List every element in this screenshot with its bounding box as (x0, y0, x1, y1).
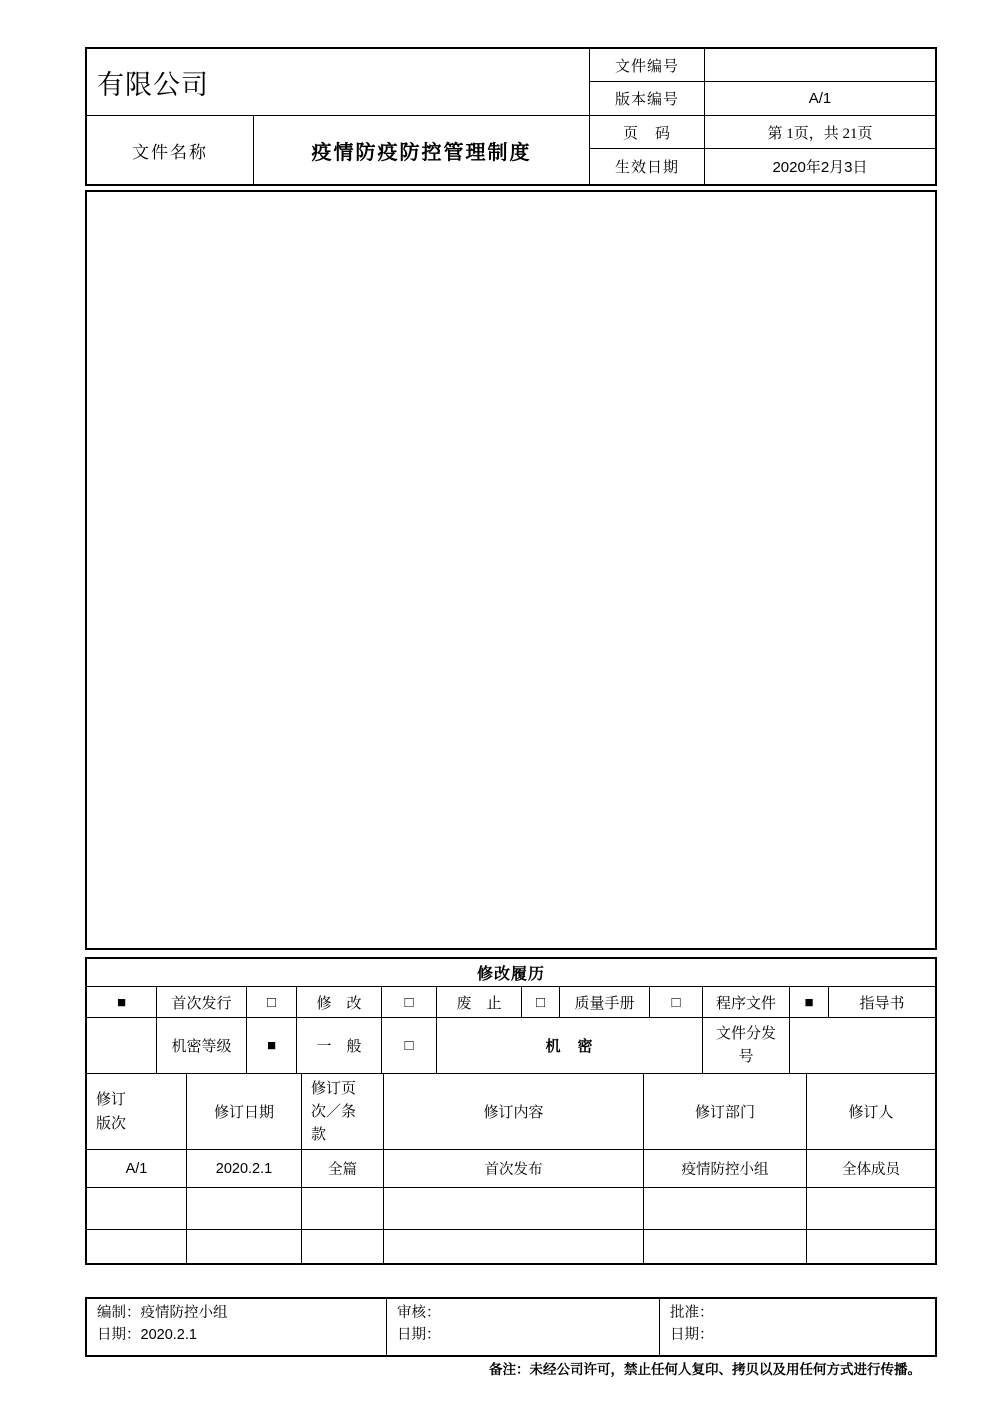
revision-department-header: 修订部门 (644, 1074, 807, 1149)
checkbox-quality-manual: □ (522, 987, 560, 1017)
checkbox-secret: □ (382, 1018, 437, 1073)
reviewed-date-label: 日期： (397, 1327, 441, 1343)
empty-content-area (85, 190, 937, 950)
reviewed-by-cell: 审核： 日期： (387, 1299, 660, 1355)
prepared-by-cell: 编制：疫情防控小组 日期：2020.2.1 (87, 1299, 387, 1355)
effective-date-label: 生效日期 (590, 149, 705, 184)
revision-date: 2020.2.1 (187, 1150, 302, 1187)
general-label: 一 般 (297, 1018, 382, 1073)
history-title: 修改履历 (87, 959, 935, 987)
quality-manual-label: 质量手册 (560, 987, 650, 1017)
company-name: 有限公司 (87, 49, 590, 116)
copyright-note: 备注：未经公司许可，禁止任何人复印、拷贝以及用任何方式进行传播。 (85, 1358, 937, 1378)
prepared-date-label: 日期： (97, 1327, 141, 1343)
revision-empty-row (87, 1230, 935, 1263)
page-number-label: 页 码 (590, 116, 705, 149)
empty-cell (807, 1188, 935, 1229)
revision-row: A/1 2020.2.1 全篇 首次发布 疫情防控小组 全体成员 (87, 1150, 935, 1188)
distribution-number-value (790, 1018, 935, 1073)
doc-name-value: 疫情防疫防控管理制度 (254, 116, 590, 184)
revision-scope: 全篇 (302, 1150, 384, 1187)
empty-cell (302, 1188, 384, 1229)
empty-cell (644, 1230, 807, 1263)
version-number-value: A/1 (705, 82, 935, 116)
prepared-by-label: 编制： (97, 1305, 141, 1321)
prepared-date-value: 2020.2.1 (141, 1327, 197, 1343)
empty-cell (384, 1230, 644, 1263)
empty-cell (807, 1230, 935, 1263)
checkbox-procedure-doc: □ (650, 987, 703, 1017)
reviewed-by-label: 审核： (397, 1305, 441, 1321)
approved-by-cell: 批准： 日期： (660, 1299, 935, 1355)
abolish-label: 废 止 (437, 987, 522, 1017)
doc-name-label: 文件名称 (87, 116, 254, 184)
checkbox-modify: □ (247, 987, 297, 1017)
modify-label: 修 改 (297, 987, 382, 1017)
empty-cell (87, 1230, 187, 1263)
distribution-number-label: 文件分发 号 (703, 1018, 790, 1073)
empty-cell (384, 1188, 644, 1229)
security-spacer-cell (87, 1018, 157, 1073)
approved-by-label: 批准： (670, 1305, 714, 1321)
empty-cell (87, 1188, 187, 1229)
document-header-table: 有限公司 文件编号 版本编号 A/1 文件名称 疫情防疫防控管理制度 页 码 第… (85, 47, 937, 186)
version-number-label: 版本编号 (590, 82, 705, 116)
prepared-by-value: 疫情防控小组 (141, 1305, 228, 1321)
checkbox-first-issue: ■ (87, 987, 157, 1017)
doc-number-value (705, 49, 935, 82)
doc-number-label: 文件编号 (590, 49, 705, 82)
modification-history-table: 修改履历 ■ 首次发行 □ 修 改 □ 废 止 □ 质量手册 □ 程序文件 ■ … (85, 957, 937, 1265)
first-issue-label: 首次发行 (157, 987, 247, 1017)
revision-content: 首次发布 (384, 1150, 644, 1187)
document-page: { "header": { "company": "有限公司", "doc_na… (0, 0, 1000, 1415)
secret-label: 机 密 (437, 1018, 703, 1073)
revision-person-header: 修订人 (807, 1074, 935, 1149)
security-level-label: 机密等级 (157, 1018, 247, 1073)
checkbox-general: ■ (247, 1018, 297, 1073)
checkbox-instruction-book: ■ (790, 987, 829, 1017)
revision-version-header: 修订 版次 (87, 1074, 187, 1149)
issue-type-row: ■ 首次发行 □ 修 改 □ 废 止 □ 质量手册 □ 程序文件 ■ 指导书 (87, 987, 935, 1018)
revision-version: A/1 (87, 1150, 187, 1187)
approval-table: 编制：疫情防控小组 日期：2020.2.1 审核： 日期： 批准： 日期： (85, 1297, 937, 1357)
revision-header-row: 修订 版次 修订日期 修订页 次／条 款 修订内容 修订部门 修订人 (87, 1074, 935, 1150)
empty-cell (187, 1188, 302, 1229)
empty-cell (187, 1230, 302, 1263)
page-number-value: 第 1页，共 21页 (705, 116, 935, 149)
empty-cell (302, 1230, 384, 1263)
security-level-row: 机密等级 ■ 一 般 □ 机 密 文件分发 号 (87, 1018, 935, 1074)
revision-content-header: 修订内容 (384, 1074, 644, 1149)
revision-empty-row (87, 1188, 935, 1230)
procedure-doc-label: 程序文件 (703, 987, 790, 1017)
approved-date-label: 日期： (670, 1327, 714, 1343)
revision-date-header: 修订日期 (187, 1074, 302, 1149)
checkbox-abolish: □ (382, 987, 437, 1017)
revision-department: 疫情防控小组 (644, 1150, 807, 1187)
empty-cell (644, 1188, 807, 1229)
revision-pages-header: 修订页 次／条 款 (302, 1074, 384, 1149)
effective-date-value: 2020年2月3日 (705, 149, 935, 184)
revision-person: 全体成员 (807, 1150, 935, 1187)
instruction-book-label: 指导书 (829, 987, 935, 1017)
